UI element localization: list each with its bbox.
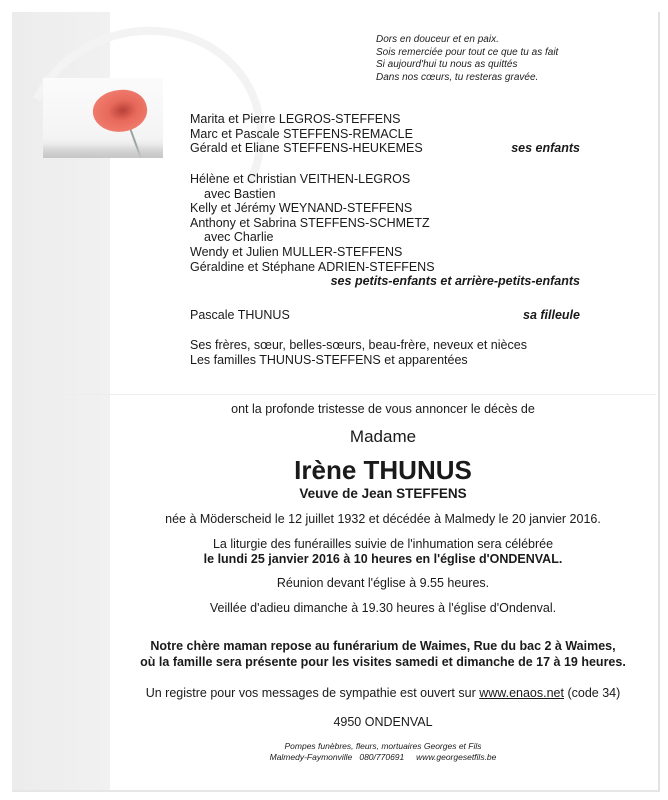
footer-line-1: Pompes funèbres, fleurs, mortuaires Geor…: [110, 741, 656, 752]
grandchild-name: Kelly et Jérémy WEYNAND-STEFFENS: [190, 201, 580, 216]
poppy-image: [43, 78, 163, 158]
poem-line: Si aujourd'hui tu nous as quittés: [376, 59, 558, 72]
grandchild-name: Wendy et Julien MULLER-STEFFENS: [190, 245, 580, 260]
child-name: Marita et Pierre LEGROS-STEFFENS: [190, 112, 580, 127]
funeral-home-line-1: Notre chère maman repose au funérarium d…: [110, 639, 656, 653]
funeral-home-line-2: où la famille sera présente pour les vis…: [110, 655, 656, 669]
vigil-line: Veillée d'adieu dimanche à 19.30 heures …: [110, 601, 656, 615]
children-label: ses enfants: [511, 141, 580, 156]
grandchild-name: Anthony et Sabrina STEFFENS-SCHMETZ: [190, 216, 580, 231]
relatives-block: Ses frères, sœur, belles-sœurs, beau-frè…: [190, 338, 580, 367]
poem-line: Sois remerciée pour tout ce que tu as fa…: [376, 47, 558, 60]
child-name: Marc et Pascale STEFFENS-REMACLE: [190, 127, 580, 142]
child-name: Gérald et Eliane STEFFENS-HEUKEMES: [190, 141, 423, 156]
grandchild-name: Géraldine et Stéphane ADRIEN-STEFFENS: [190, 260, 580, 275]
poem-line: Dans nos cœurs, tu resteras gravée.: [376, 72, 558, 85]
widow-of: Veuve de Jean STEFFENS: [110, 486, 656, 501]
meeting-line: Réunion devant l'église à 9.55 heures.: [110, 576, 656, 590]
deceased-name: Irène THUNUS: [110, 455, 656, 486]
announcement-intro: ont la profonde tristesse de vous annonc…: [110, 402, 656, 416]
liturgy-line-1: La liturgie des funérailles suivie de l'…: [110, 537, 656, 551]
section-divider: [12, 394, 656, 395]
goddaughter-block: Pascale THUNUS sa filleule: [190, 308, 580, 323]
liturgy-line-2: le lundi 25 janvier 2016 à 10 heures en …: [110, 552, 656, 566]
goddaughter-label: sa filleule: [523, 308, 580, 323]
relatives-line: Ses frères, sœur, belles-sœurs, beau-frè…: [190, 338, 580, 353]
birth-death-line: née à Möderscheid le 12 juillet 1932 et …: [110, 512, 656, 526]
poppy-flower-icon: [89, 85, 151, 137]
poem: Dors en douceur et en paix. Sois remerci…: [376, 34, 558, 84]
grandchild-name: Hélène et Christian VEITHEN-LEGROS: [190, 172, 580, 187]
footer: Pompes funèbres, fleurs, mortuaires Geor…: [110, 741, 656, 763]
registry-link[interactable]: www.enaos.net: [479, 686, 564, 700]
goddaughter-name: Pascale THUNUS: [190, 308, 290, 323]
children-block: Marita et Pierre LEGROS-STEFFENS Marc et…: [190, 112, 580, 156]
relatives-line: Les familles THUNUS-STEFFENS et apparent…: [190, 353, 580, 368]
grandchild-name: avec Bastien: [190, 187, 580, 202]
poem-line: Dors en douceur et en paix.: [376, 34, 558, 47]
address-line: 4950 ONDENVAL: [110, 715, 656, 729]
title-madame: Madame: [110, 427, 656, 447]
footer-line-2: Malmedy-Faymonville 080/770691 www.georg…: [110, 752, 656, 763]
grandchildren-label: ses petits-enfants et arrière-petits-enf…: [190, 274, 580, 289]
grandchildren-block: Hélène et Christian VEITHEN-LEGROS avec …: [190, 172, 580, 289]
grandchild-name: avec Charlie: [190, 230, 580, 245]
registry-line: Un registre pour vos messages de sympath…: [110, 686, 656, 700]
